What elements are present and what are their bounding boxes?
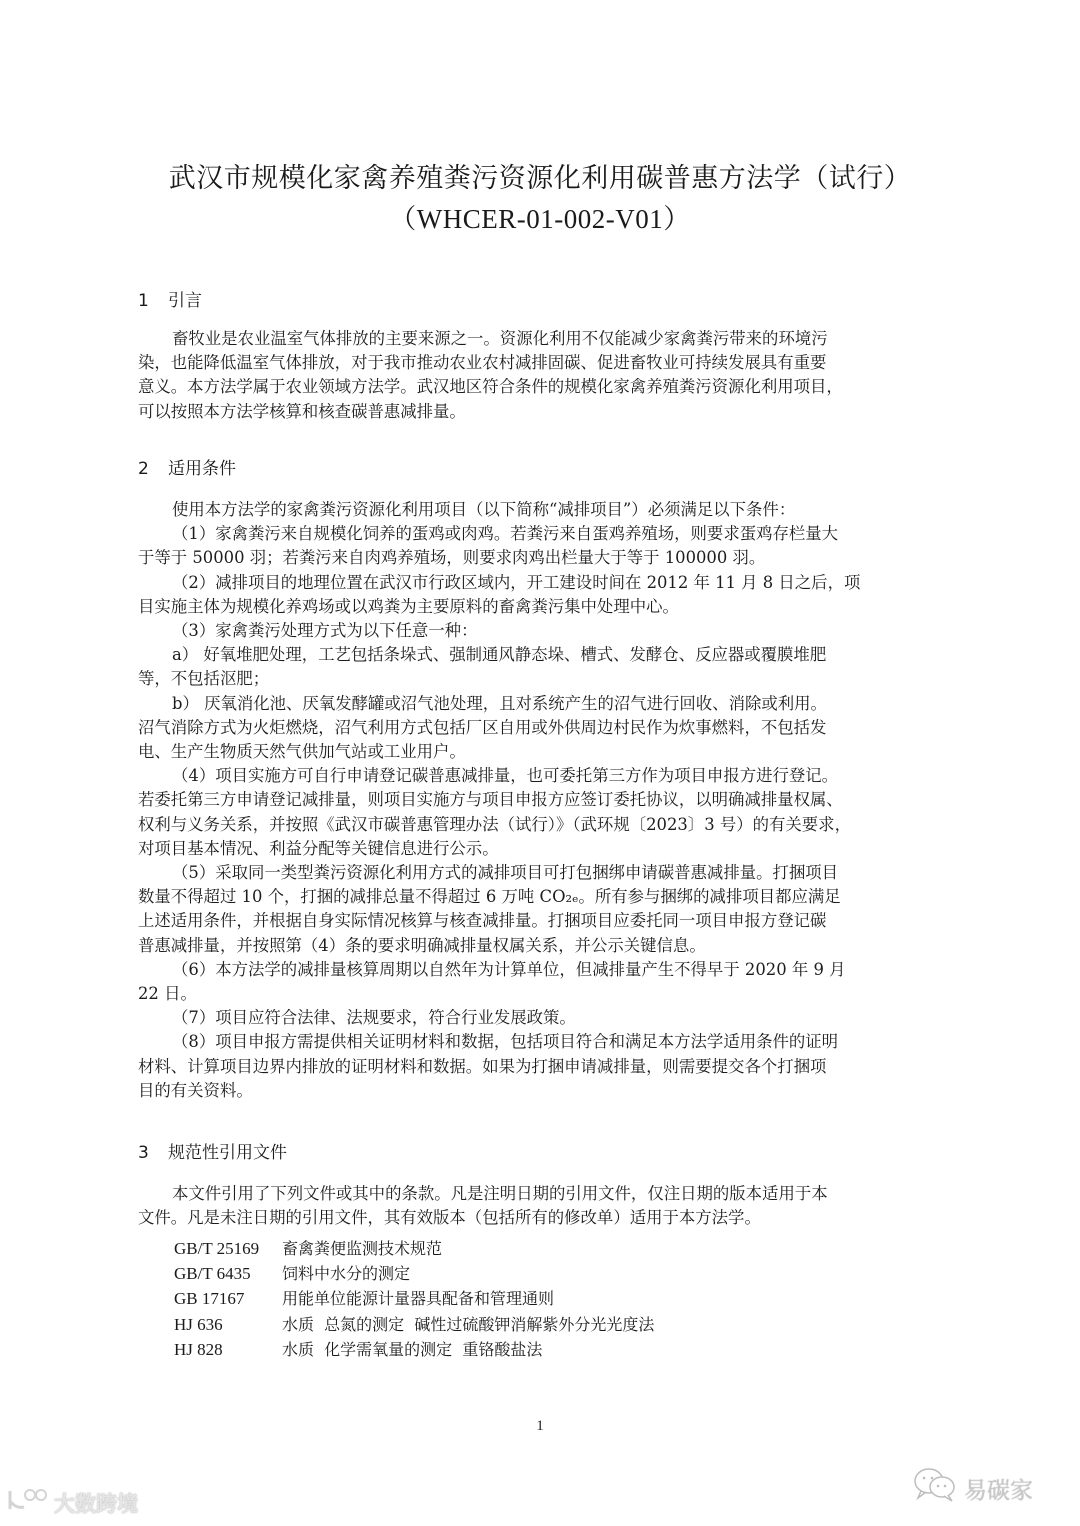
section-heading-2: 2适用条件 bbox=[138, 454, 236, 479]
reference-name: 水质 化学需氧量的测定 重铬酸盐法 bbox=[282, 1337, 542, 1362]
reference-code: GB 17167 bbox=[174, 1286, 282, 1311]
condition-3a: a） 好氧堆肥处理，工艺包括条垛式、强制通风静态垛、槽式、发酵仓、反应器或覆膜堆… bbox=[138, 643, 944, 667]
condition-8: （8）项目申报方需提供相关证明材料和数据，包括项目符合和满足本方法学适用条件的证… bbox=[138, 1030, 944, 1054]
section-number: 2 bbox=[138, 459, 168, 479]
reference-list: GB/T 25169畜禽粪便监测技术规范 GB/T 6435饲料中水分的测定 G… bbox=[174, 1236, 654, 1362]
section-number: 1 bbox=[138, 291, 168, 311]
text-line: 数量不得超过 10 个，打捆的减排总量不得超过 6 万吨 CO₂ₑ。所有参与捆绑… bbox=[138, 885, 944, 909]
section-title: 规范性引用文件 bbox=[168, 1143, 287, 1163]
condition-7: （7）项目应符合法律、法规要求，符合行业发展政策。 bbox=[138, 1006, 944, 1030]
text-line: 若委托第三方申请登记减排量，则项目实施方与项目申报方应签订委托协议，以明确减排量… bbox=[138, 788, 944, 812]
text-line: 目实施主体为规模化养鸡场或以鸡粪为主要原料的畜禽粪污集中处理中心。 bbox=[138, 595, 944, 619]
reference-item: GB/T 25169畜禽粪便监测技术规范 bbox=[174, 1236, 654, 1261]
paragraph-intro: 畜牧业是农业温室气体排放的主要来源之一。资源化利用不仅能减少家禽粪污带来的环境污… bbox=[138, 327, 944, 424]
section-title: 引言 bbox=[168, 291, 202, 311]
text-line: 对项目基本情况、利益分配等关键信息进行公示。 bbox=[138, 837, 944, 861]
text-line: 染，也能降低温室气体排放，对于我市推动农业农村减排固碳、促进畜牧业可持续发展具有… bbox=[138, 351, 944, 375]
watermark-right: 易碳家 bbox=[912, 1465, 1033, 1511]
text-line: 使用本方法学的家禽粪污资源化利用项目（以下简称“减排项目”）必须满足以下条件： bbox=[138, 498, 944, 522]
reference-item: GB 17167用能单位能源计量器具配备和管理通则 bbox=[174, 1286, 654, 1311]
condition-5: （5）采取同一类型粪污资源化利用方式的减排项目可打包捆绑申请碳普惠减排量。打捆项… bbox=[138, 861, 944, 885]
reference-code: GB/T 25169 bbox=[174, 1236, 282, 1261]
text-line: 沼气消除方式为火炬燃烧，沼气利用方式包括厂区自用或外供周边村民作为炊事燃料，不包… bbox=[138, 716, 944, 740]
text-line: 普惠减排量，并按照第（4）条的要求明确减排量权属关系，并公示关键信息。 bbox=[138, 934, 944, 958]
condition-1: （1）家禽粪污来自规模化饲养的蛋鸡或肉鸡。若粪污来自蛋鸡养殖场，则要求蛋鸡存栏量… bbox=[138, 522, 944, 546]
reference-name: 饲料中水分的测定 bbox=[282, 1261, 410, 1286]
paragraph-references-intro: 本文件引用了下列文件或其中的条款。凡是注明日期的引用文件，仅注日期的版本适用于本… bbox=[138, 1182, 944, 1230]
watermark-text: 易碳家 bbox=[964, 1472, 1033, 1505]
reference-item: HJ 636水质 总氮的测定 碱性过硫酸钾消解紫外分光光度法 bbox=[174, 1312, 654, 1337]
document-page: 武汉市规模化家禽养殖粪污资源化利用碳普惠方法学（试行） （WHCER-01-00… bbox=[0, 0, 1080, 1526]
text-line: 于等于 50000 羽；若粪污来自肉鸡养殖场，则要求肉鸡出栏量大于等于 1000… bbox=[138, 546, 944, 570]
text-line: 意义。本方法学属于农业领域方法学。武汉地区符合条件的规模化家禽养殖粪污资源化利用… bbox=[138, 375, 944, 399]
reference-item: GB/T 6435饲料中水分的测定 bbox=[174, 1261, 654, 1286]
paragraph-conditions: 使用本方法学的家禽粪污资源化利用项目（以下简称“减排项目”）必须满足以下条件： … bbox=[138, 498, 944, 1103]
reference-code: HJ 636 bbox=[174, 1312, 282, 1337]
section-number: 3 bbox=[138, 1143, 168, 1163]
text-line: 目的有关资料。 bbox=[138, 1079, 944, 1103]
condition-4: （4）项目实施方可自行申请登记碳普惠减排量，也可委托第三方作为项目申报方进行登记… bbox=[138, 764, 944, 788]
text-line: 权利与义务关系，并按照《武汉市碳普惠管理办法（试行）》（武环规〔2023〕3 号… bbox=[138, 813, 944, 837]
wechat-icon bbox=[912, 1465, 958, 1511]
section-heading-3: 3规范性引用文件 bbox=[138, 1138, 287, 1163]
text-line: 22 日。 bbox=[138, 982, 944, 1006]
watermark-left: 大数跨境 bbox=[6, 1487, 138, 1518]
reference-name: 用能单位能源计量器具配备和管理通则 bbox=[282, 1286, 554, 1311]
section-heading-1: 1引言 bbox=[138, 286, 202, 311]
page-number: 1 bbox=[0, 1418, 1080, 1435]
text-line: 本文件引用了下列文件或其中的条款。凡是注明日期的引用文件，仅注日期的版本适用于本 bbox=[138, 1182, 944, 1206]
condition-2: （2）减排项目的地理位置在武汉市行政区域内，开工建设时间在 2012 年 11 … bbox=[138, 571, 944, 595]
condition-3b: b） 厌氧消化池、厌氧发酵罐或沼气池处理，且对系统产生的沼气进行回收、消除或利用… bbox=[138, 692, 944, 716]
text-line: 可以按照本方法学核算和核查碳普惠减排量。 bbox=[138, 400, 944, 424]
text-line: 等，不包括沤肥； bbox=[138, 667, 944, 691]
reference-name: 畜禽粪便监测技术规范 bbox=[282, 1236, 442, 1261]
section-title: 适用条件 bbox=[168, 459, 236, 479]
text-line: 上述适用条件，并根据自身实际情况核算与核查减排量。打捆项目应委托同一项目申报方登… bbox=[138, 909, 944, 933]
reference-item: HJ 828水质 化学需氧量的测定 重铬酸盐法 bbox=[174, 1337, 654, 1362]
text-line: 文件。凡是未注日期的引用文件，其有效版本（包括所有的修改单）适用于本方法学。 bbox=[138, 1206, 944, 1230]
document-code: （WHCER-01-002-V01） bbox=[0, 197, 1080, 236]
reference-code: GB/T 6435 bbox=[174, 1261, 282, 1286]
text-line: 材料、计算项目边界内排放的证明材料和数据。如果为打捆申请减排量，则需要提交各个打… bbox=[138, 1055, 944, 1079]
logo-icon bbox=[6, 1487, 50, 1518]
document-title: 武汉市规模化家禽养殖粪污资源化利用碳普惠方法学（试行） bbox=[0, 156, 1080, 195]
text-line: 畜牧业是农业温室气体排放的主要来源之一。资源化利用不仅能减少家禽粪污带来的环境污 bbox=[138, 327, 944, 351]
reference-code: HJ 828 bbox=[174, 1337, 282, 1362]
condition-6: （6）本方法学的减排量核算周期以自然年为计算单位，但减排量产生不得早于 2020… bbox=[138, 958, 944, 982]
reference-name: 水质 总氮的测定 碱性过硫酸钾消解紫外分光光度法 bbox=[282, 1312, 654, 1337]
text-line: 电、生产生物质天然气供加气站或工业用户。 bbox=[138, 740, 944, 764]
watermark-text: 大数跨境 bbox=[54, 1488, 138, 1518]
condition-3: （3）家禽粪污处理方式为以下任意一种： bbox=[138, 619, 944, 643]
